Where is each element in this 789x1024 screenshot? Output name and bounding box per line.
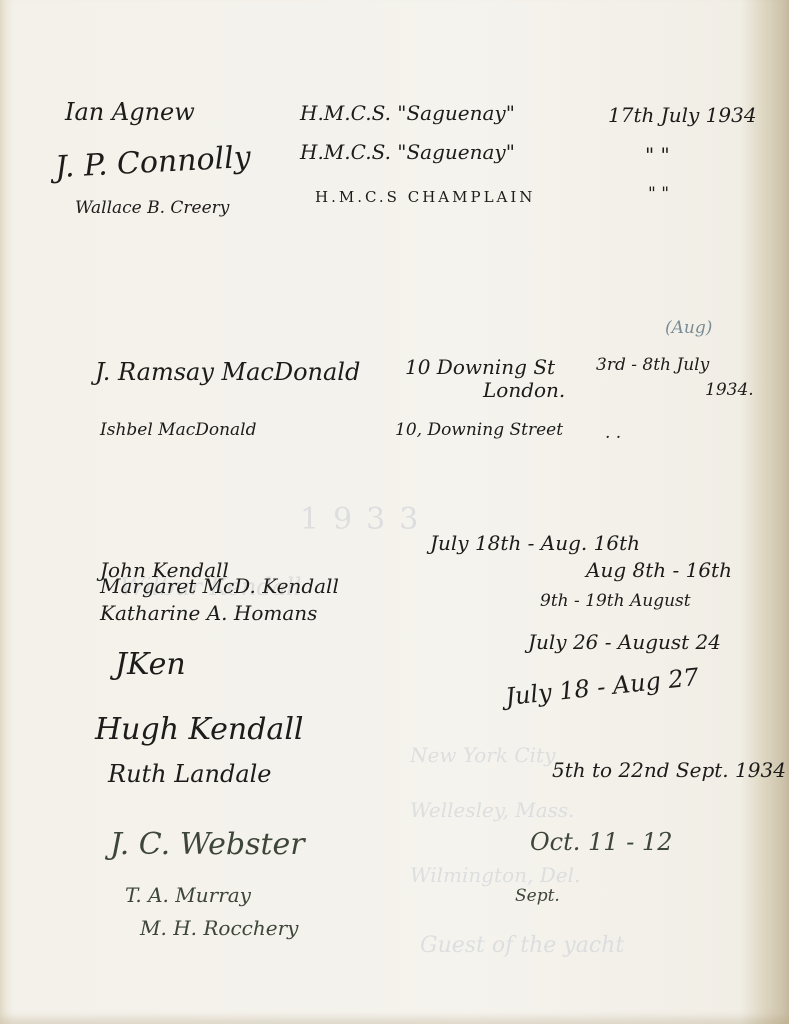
bleed-through-line: Wilmington, Del. xyxy=(410,865,580,885)
entry-name: J. C. Webster xyxy=(110,830,305,860)
bleed-through-year: 1933 xyxy=(300,505,432,535)
entry-name: Margaret McD. Kendall xyxy=(100,576,339,596)
entry-address-line2: London. xyxy=(483,380,565,400)
entry-date: July 26 - August 24 xyxy=(528,632,721,652)
entry-date: July 18 - Aug 27 xyxy=(504,665,700,709)
entry-date: 3rd - 8th July xyxy=(596,357,709,374)
entry-date: Sept. xyxy=(515,888,560,905)
bleed-through-line: New York City xyxy=(410,745,555,765)
entry-address: H.M.C.S. "Saguenay" xyxy=(300,103,515,123)
entry-date: July 18th - Aug. 16th xyxy=(430,533,640,553)
entry-date: . . xyxy=(605,425,621,442)
entry-name-initials: JKen xyxy=(115,650,186,680)
entry-name: J. Ramsay MacDonald xyxy=(95,360,360,384)
entry-name: Katharine A. Homans xyxy=(100,603,317,623)
entry-name: M. H. Rocchery xyxy=(140,918,298,938)
entry-address: H.M.C.S. "Saguenay" xyxy=(300,142,515,162)
entry-date: 9th - 19th August xyxy=(540,593,691,610)
entry-date: " " xyxy=(648,186,669,203)
entry-date: Oct. 11 - 12 xyxy=(530,830,672,854)
entry-name: Ruth Landale xyxy=(108,762,272,786)
entry-name: J. P. Connolly xyxy=(54,143,251,183)
entry-name: Ian Agnew xyxy=(65,100,195,124)
entry-note: (Aug) xyxy=(665,320,712,337)
entry-date: " " xyxy=(645,145,670,165)
entry-address: H.M.C.S CHAMPLAIN xyxy=(315,190,535,205)
entry-address: 10 Downing St xyxy=(405,357,555,377)
guestbook-page: 1933 Wilbur Kendall New York City Welles… xyxy=(0,0,789,1024)
bleed-through-line: Wellesley, Mass. xyxy=(410,800,575,820)
entry-name: T. A. Murray xyxy=(125,885,251,905)
entry-name: Hugh Kendall xyxy=(95,715,304,745)
entry-date-line2: 1934. xyxy=(705,382,754,399)
entry-date: 17th July 1934 xyxy=(608,105,757,125)
entry-date: Aug 8th - 16th xyxy=(586,560,732,580)
entry-name: Wallace B. Creery xyxy=(75,200,229,217)
entry-name: Ishbel MacDonald xyxy=(100,422,257,439)
entry-address: 10, Downing Street xyxy=(395,422,563,439)
bleed-through-line: Guest of the yacht xyxy=(420,935,624,957)
entry-date: 5th to 22nd Sept. 1934 xyxy=(552,760,786,780)
